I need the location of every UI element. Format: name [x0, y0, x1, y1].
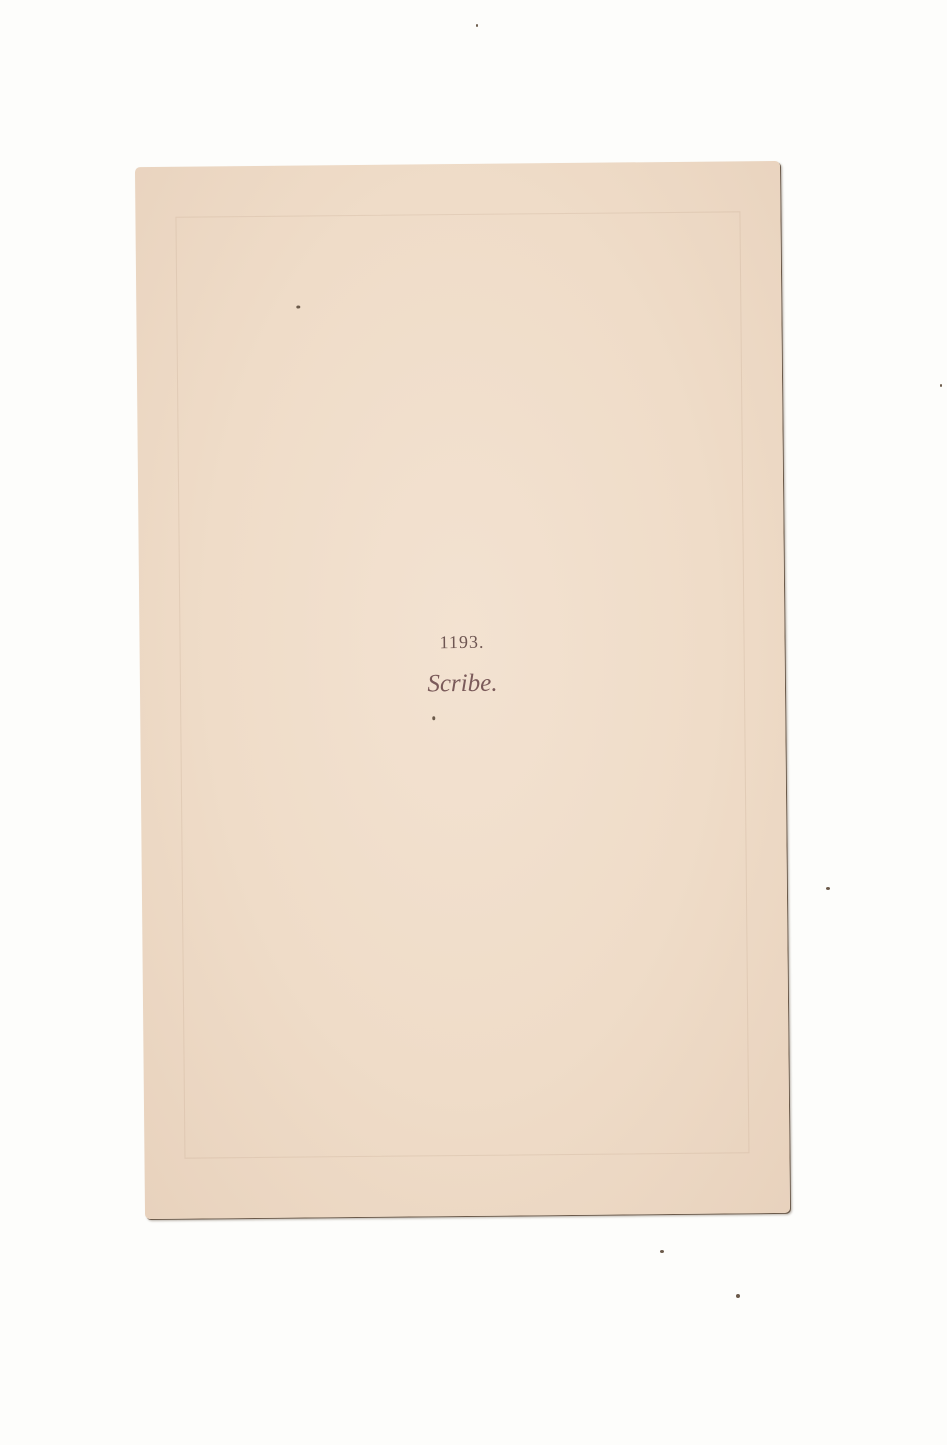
dust-speck	[826, 887, 830, 890]
dust-speck	[940, 384, 942, 387]
card-back: 1193. Scribe.	[135, 161, 790, 1219]
catalog-number: 1193.	[139, 629, 784, 656]
dust-speck	[660, 1250, 664, 1253]
card-title: Scribe.	[140, 667, 785, 701]
dust-speck	[476, 24, 478, 27]
paper-speck	[296, 306, 300, 309]
dust-speck	[736, 1294, 740, 1298]
paper-speck	[432, 716, 435, 720]
